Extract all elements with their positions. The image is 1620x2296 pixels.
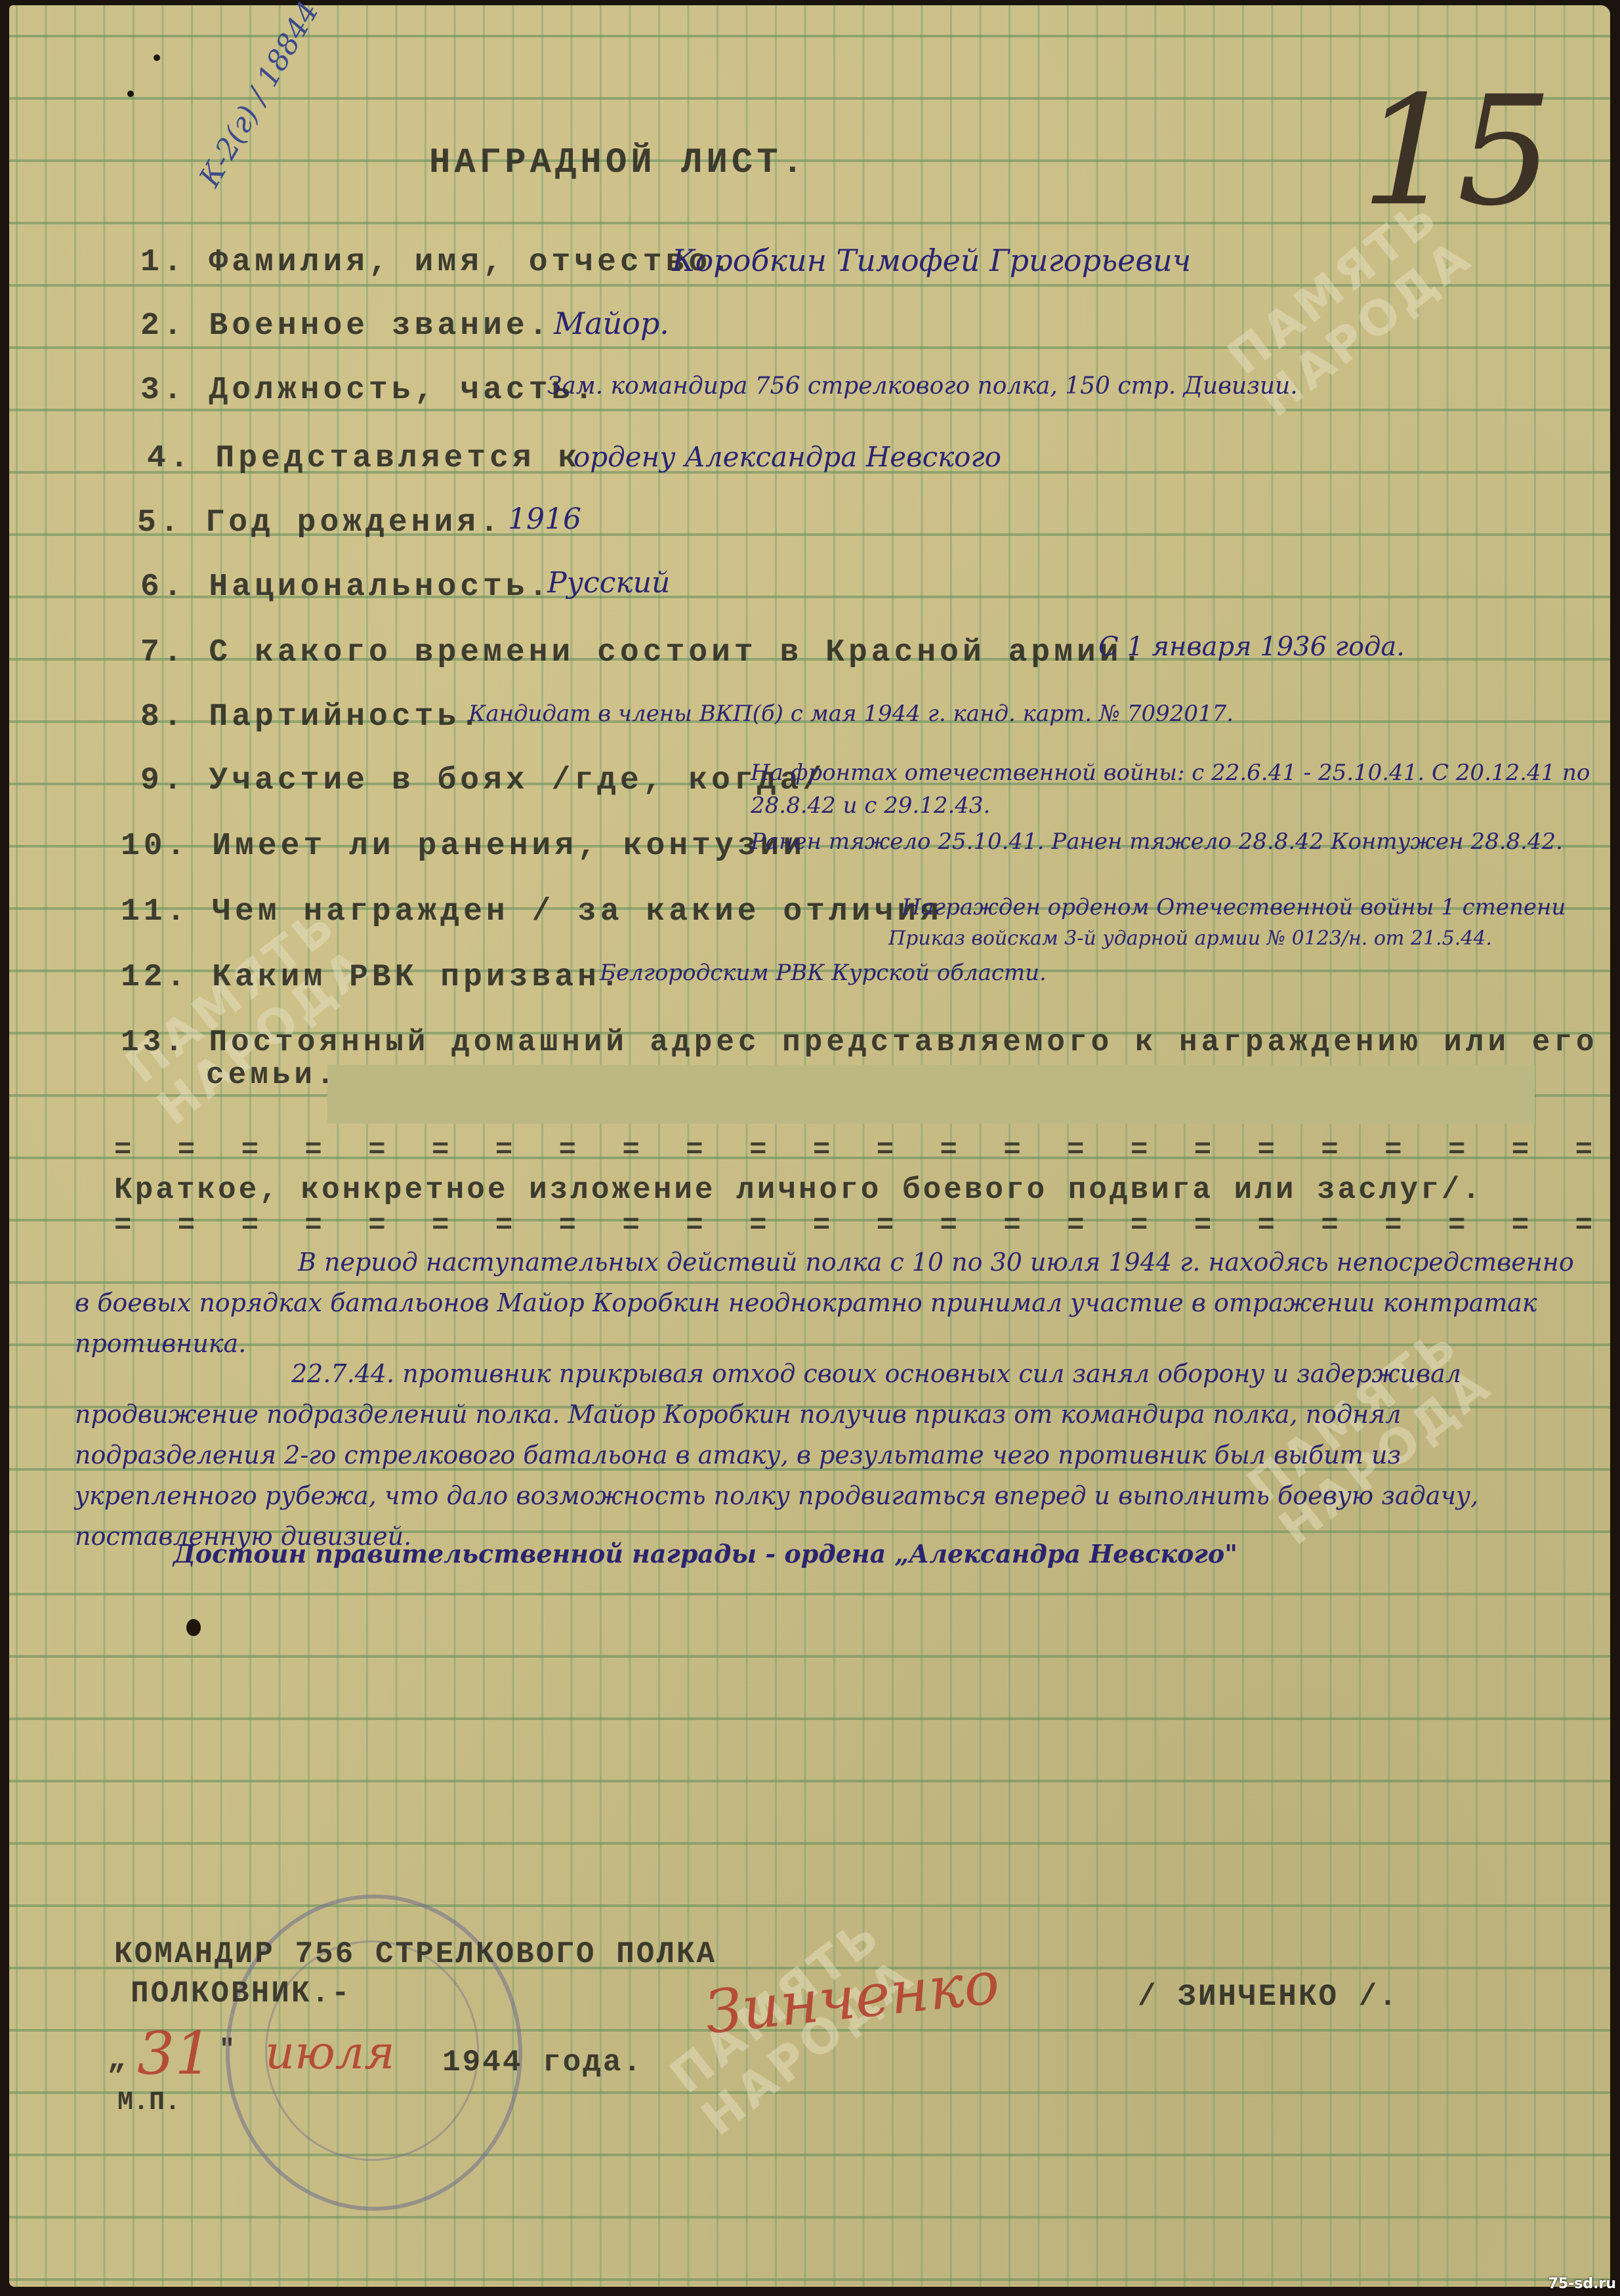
field-value-battles: На фронтах отечественной войны: с 22.6.4… xyxy=(751,760,1590,786)
date-quote-close: " xyxy=(219,2036,239,2065)
field-value-award: ордену Александра Невского xyxy=(573,441,1001,473)
field-label-6: 6. Национальность. xyxy=(140,569,552,605)
page-title: НАГРАДНОЙ ЛИСТ. xyxy=(429,143,807,183)
field-value-birth-year: 1916 xyxy=(508,502,581,536)
redacted-address xyxy=(327,1065,1535,1124)
field-value-draft-office: Белгородским РВК Курской области. xyxy=(600,960,1047,986)
field-value-service-since: С 1 января 1936 года. xyxy=(1098,632,1405,662)
page-number: 15 xyxy=(1361,64,1553,239)
paper-speck xyxy=(186,1619,201,1636)
paper-speck xyxy=(154,54,160,61)
divider-bottom: = = = = = = = = = = = = = = = = = = = = … xyxy=(114,1209,1604,1242)
date-day: 31 xyxy=(137,2019,213,2088)
field-label-13-cont: семьи. xyxy=(206,1058,339,1092)
field-label-3: 3. Должность, часть. xyxy=(140,373,597,408)
field-label-11: 11. Чем награжден / за какие отличия xyxy=(121,894,943,930)
field-value-full-name: Коробкин Тимофей Григорьевич xyxy=(672,243,1191,278)
field-value-position: Зам. командира 756 стрелкового полка, 15… xyxy=(547,373,1298,400)
commander-position: КОМАНДИР 756 СТРЕЛКОВОГО ПОЛКА xyxy=(114,1937,717,1971)
narrative-heading: Краткое, конкретное изложение личного бо… xyxy=(114,1173,1483,1207)
field-value-wounds: Ранен тяжело 25.10.41. Ранен тяжело 28.8… xyxy=(751,829,1563,855)
divider-top: = = = = = = = = = = = = = = = = = = = = … xyxy=(114,1134,1604,1166)
commander-rank: ПОЛКОВНИК.- xyxy=(131,1977,352,2011)
field-value-rank: Майор. xyxy=(554,306,669,341)
field-label-12: 12. Каким РВК призван. xyxy=(121,960,623,995)
date-line: „ xyxy=(108,2042,128,2076)
paper-speck xyxy=(127,91,134,97)
field-label-10: 10. Имеет ли ранения, контузии xyxy=(121,829,806,864)
archive-mark: К-2(г) / 18844 xyxy=(193,0,325,192)
date-month: июля xyxy=(265,2026,395,2080)
field-label-1: 1. Фамилия, имя, отчество. xyxy=(140,245,734,280)
field-label-13: 13. Постоянный домашний адрес представля… xyxy=(121,1025,1598,1059)
field-value-awards-order: Приказ войскам 3-й ударной армии № 0123/… xyxy=(888,927,1492,950)
field-label-2: 2. Военное звание. xyxy=(140,308,552,344)
field-value-party: Кандидат в члены ВКП(б) с мая 1944 г. ка… xyxy=(468,701,1234,727)
commander-name: / ЗИНЧЕНКО /. xyxy=(1138,1980,1399,2014)
field-label-5: 5. Год рождения. xyxy=(137,505,503,541)
site-label: 75-sd.ru xyxy=(1548,2276,1616,2292)
narrative-conclusion: Достоин правительственной награды - орде… xyxy=(173,1534,1551,1574)
field-value-nationality: Русский xyxy=(547,566,670,600)
field-label-4: 4. Представляется к xyxy=(147,441,581,476)
field-value-battles-cont: 28.8.42 и с 29.12.43. xyxy=(751,792,990,819)
field-label-9: 9. Участие в боях /где, когда/ xyxy=(140,763,825,798)
date-year: 1944 года. xyxy=(442,2045,643,2080)
award-sheet: ПАМЯТЬ НАРОДА ПАМЯТЬ НАРОДА ПАМЯТЬ НАРОД… xyxy=(9,5,1610,2287)
seal-place-label: М.П. xyxy=(117,2088,180,2118)
narrative-paragraph-1: В период наступательных действий полка с… xyxy=(75,1242,1577,1364)
field-value-awards: Награжден орденом Отечественной войны 1 … xyxy=(902,894,1566,920)
field-label-7: 7. С какого времени состоит в Красной ар… xyxy=(140,635,1145,670)
field-label-8: 8. Партийность. xyxy=(140,699,483,735)
narrative-paragraph-2: 22.7.44. противник прикрывая отход своих… xyxy=(75,1353,1577,1557)
